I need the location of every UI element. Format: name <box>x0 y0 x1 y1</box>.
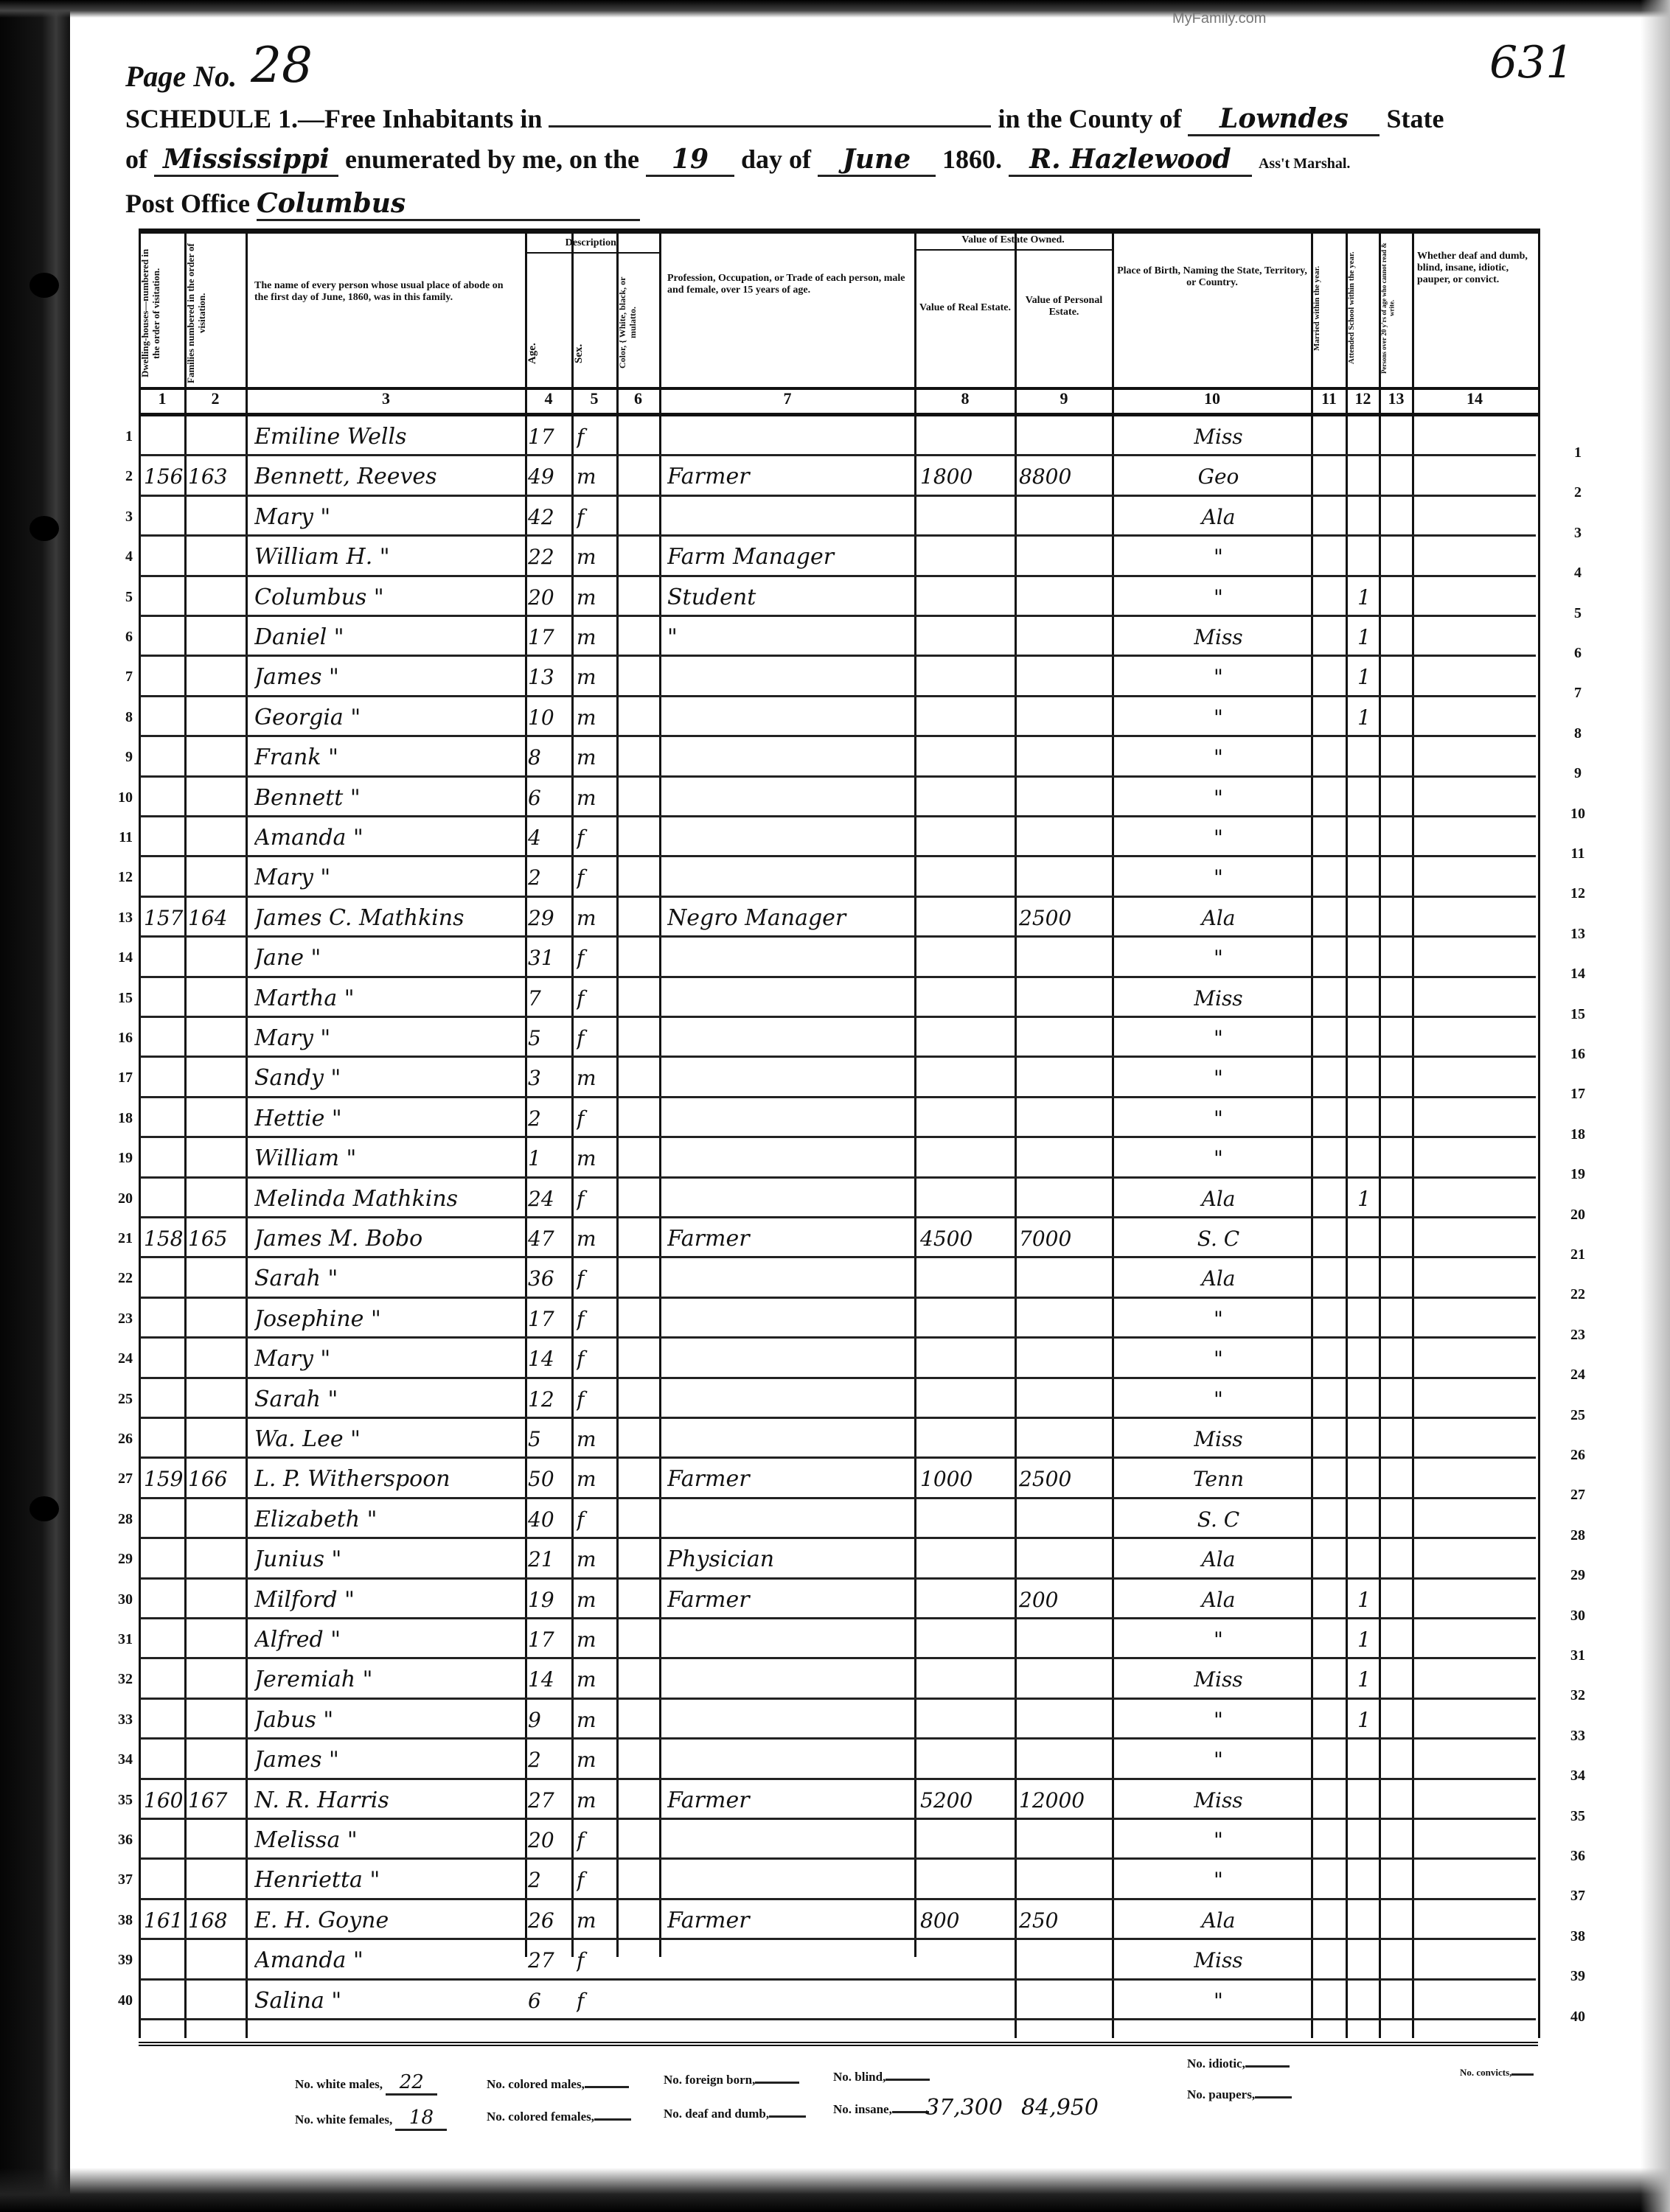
line-number-right: 40 <box>1563 2009 1593 2026</box>
age: 1 <box>528 1142 571 1175</box>
row-rule <box>140 1136 1536 1138</box>
row-rule <box>140 1537 1536 1539</box>
birthplace: " <box>1128 582 1309 614</box>
sex: f <box>577 1022 615 1055</box>
person-name: Jeremiah " <box>254 1664 523 1696</box>
row-rule <box>140 1016 1536 1018</box>
birthplace: " <box>1128 1384 1309 1416</box>
line-number-right: 14 <box>1563 966 1593 983</box>
county-field: Lowndes <box>1188 103 1380 136</box>
colnum: 1 <box>140 389 184 408</box>
sex: m <box>577 461 615 493</box>
age: 10 <box>528 702 571 734</box>
attended-school: 1 <box>1349 1624 1379 1656</box>
row-rule <box>140 615 1536 617</box>
row-rule <box>140 1898 1536 1900</box>
person-name: Bennett " <box>254 782 523 814</box>
colored-males-field: No. colored males, <box>487 2077 629 2092</box>
birthplace: Ala <box>1128 1543 1309 1576</box>
column-divider <box>1311 228 1313 2038</box>
age: 2 <box>528 862 571 894</box>
line-number-left: 10 <box>111 789 133 806</box>
dwelling-number: 160 <box>144 1784 184 1817</box>
line-number-left: 21 <box>111 1230 133 1247</box>
column-divider <box>1346 228 1348 2038</box>
birthplace: " <box>1128 742 1309 774</box>
occupation: Farmer <box>667 1584 911 1616</box>
deaf-dumb-label: No. deaf and dumb, <box>664 2107 769 2121</box>
row-rule <box>140 534 1536 537</box>
row-rule <box>140 1617 1536 1619</box>
age: 8 <box>528 742 571 774</box>
line-number-left: 38 <box>111 1912 133 1929</box>
age: 12 <box>528 1384 571 1416</box>
foreign-born-field: No. foreign born, <box>664 2073 799 2087</box>
person-name: Junius " <box>254 1543 523 1576</box>
row-rule <box>140 1256 1536 1258</box>
person-name: Sarah " <box>254 1263 523 1295</box>
post-office-field: Columbus <box>257 188 640 221</box>
paupers-label: No. paupers, <box>1187 2087 1255 2101</box>
occupation: Farmer <box>667 1463 911 1496</box>
convicts-field: No. convicts, <box>1460 2067 1534 2079</box>
sex: m <box>577 1223 615 1255</box>
row-rule <box>140 976 1536 978</box>
birthplace: Miss <box>1128 1944 1309 1977</box>
age: 40 <box>528 1504 571 1536</box>
col-real-estate-header: Value of Real Estate. <box>917 302 1013 314</box>
age: 27 <box>528 1784 571 1817</box>
post-office-line: Post Office Columbus <box>125 188 640 221</box>
age: 20 <box>528 1824 571 1857</box>
person-name: N. R. Harris <box>254 1784 523 1817</box>
line-number-right: 22 <box>1563 1286 1593 1303</box>
birthplace: " <box>1128 1022 1309 1055</box>
line-number-left: 24 <box>111 1350 133 1367</box>
person-name: Melinda Mathkins <box>254 1183 523 1215</box>
birthplace: " <box>1128 1103 1309 1135</box>
column-divider <box>246 228 248 2038</box>
real-estate-value: 1000 <box>920 1463 1015 1496</box>
col-occupation-header: Profession, Occupation, or Trade of each… <box>667 273 907 296</box>
row-rule <box>140 575 1536 577</box>
age: 27 <box>528 1944 571 1977</box>
line-number-left: 4 <box>111 548 133 565</box>
line-number-right: 28 <box>1563 1527 1593 1544</box>
line-number-right: 27 <box>1563 1487 1593 1504</box>
row-rule <box>140 1818 1536 1820</box>
white-females-field: No. white females, 18 <box>295 2107 447 2131</box>
line-number-right: 17 <box>1563 1086 1593 1103</box>
sex: f <box>577 421 615 453</box>
row-rule <box>140 1456 1536 1459</box>
line-number-right: 24 <box>1563 1367 1593 1384</box>
binding-hole <box>29 273 59 298</box>
scan-shadow-right <box>1641 0 1670 2212</box>
day-of-label: day of <box>741 144 811 174</box>
deaf-dumb-field: No. deaf and dumb, <box>664 2107 806 2121</box>
attended-school: 1 <box>1349 1704 1379 1737</box>
real-estate-total: 37,300 <box>925 2095 1003 2121</box>
person-name: Salina " <box>254 1985 523 2017</box>
sex: m <box>577 1744 615 1776</box>
row-rule <box>140 495 1536 497</box>
row-rule <box>140 855 1536 857</box>
day-field: 19 <box>646 144 734 177</box>
colnum-rule <box>139 413 1538 416</box>
age: 2 <box>528 1103 571 1135</box>
row-rule <box>140 1938 1536 1940</box>
colnum: 11 <box>1312 389 1346 408</box>
sex: m <box>577 661 615 694</box>
county-label: in the County of <box>998 104 1181 133</box>
binding-hole <box>29 1496 59 1521</box>
sex: m <box>577 742 615 774</box>
occupation: Negro Manager <box>667 902 911 935</box>
birthplace: Miss <box>1128 621 1309 654</box>
post-office-label: Post Office <box>125 189 250 218</box>
birthplace: " <box>1128 541 1309 573</box>
age: 9 <box>528 1704 571 1737</box>
birthplace: " <box>1128 1624 1309 1656</box>
colnum: 12 <box>1347 389 1379 408</box>
person-name: Amanda " <box>254 1944 523 1977</box>
blind-label: No. blind, <box>833 2070 886 2084</box>
person-name: Emiline Wells <box>254 421 523 453</box>
line-number-left: 17 <box>111 1070 133 1086</box>
birthplace: " <box>1128 661 1309 694</box>
sex: f <box>577 1864 615 1897</box>
footer-rule <box>139 2042 1538 2046</box>
person-name: Columbus " <box>254 582 523 614</box>
line-number-right: 29 <box>1563 1567 1593 1584</box>
personal-estate-total: 84,950 <box>1021 2095 1099 2121</box>
occupation: Farmer <box>667 1784 911 1817</box>
column-divider <box>1379 228 1381 2038</box>
line-number-right: 20 <box>1563 1207 1593 1224</box>
of-label: of <box>125 144 147 174</box>
person-name: Daniel " <box>254 621 523 654</box>
row-rule <box>140 1577 1536 1580</box>
person-name: Sandy " <box>254 1062 523 1095</box>
col-illiterate-header: Persons over 20 y'rs of age who cannot r… <box>1380 234 1411 382</box>
birthplace: Ala <box>1128 501 1309 534</box>
line-number-left: 1 <box>111 428 133 445</box>
person-name: Mary " <box>254 1343 523 1375</box>
year: 1860. <box>942 144 1002 174</box>
line-number-right: 7 <box>1563 685 1593 702</box>
line-number-left: 35 <box>111 1792 133 1809</box>
birthplace: " <box>1128 862 1309 894</box>
enumeration-line: of Mississippi enumerated by me, on the … <box>125 144 1350 177</box>
age: 47 <box>528 1223 571 1255</box>
line-number-right: 30 <box>1563 1608 1593 1625</box>
line-number-right: 32 <box>1563 1687 1593 1704</box>
sex: m <box>577 1584 615 1616</box>
colored-females-field: No. colored females, <box>487 2110 631 2124</box>
row-rule <box>140 1417 1536 1419</box>
line-number-right: 16 <box>1563 1046 1593 1063</box>
sex: m <box>577 541 615 573</box>
row-rule <box>140 1978 1536 1981</box>
line-number-left: 26 <box>111 1431 133 1448</box>
line-number-left: 19 <box>111 1150 133 1167</box>
age: 26 <box>528 1905 571 1937</box>
sex: m <box>577 902 615 935</box>
sex: f <box>577 1985 615 2017</box>
occupation: " <box>667 621 911 654</box>
sex: m <box>577 621 615 654</box>
colored-males-label: No. colored males, <box>487 2077 585 2091</box>
birthplace: " <box>1128 702 1309 734</box>
column-divider <box>1015 228 1017 2038</box>
line-number-left: 31 <box>111 1631 133 1648</box>
row-rule <box>140 1497 1536 1499</box>
page-number-label: Page No. <box>125 59 237 94</box>
attended-school: 1 <box>1349 1584 1379 1616</box>
age: 14 <box>528 1343 571 1375</box>
col-disability-header: Whether deaf and dumb, blind, insane, id… <box>1417 251 1531 286</box>
line-number-left: 22 <box>111 1270 133 1287</box>
insane-field: No. insane, <box>833 2102 929 2117</box>
colnum: 9 <box>1016 389 1112 408</box>
row-rule <box>140 1377 1536 1379</box>
occupation: Student <box>667 582 911 614</box>
line-number-left: 18 <box>111 1110 133 1127</box>
sex: f <box>577 1103 615 1135</box>
line-number-right: 39 <box>1563 1968 1593 1985</box>
line-number-left: 8 <box>111 709 133 726</box>
line-number-left: 13 <box>111 910 133 927</box>
sex: m <box>577 1664 615 1696</box>
colnum: 14 <box>1413 389 1536 408</box>
birthplace: S. C <box>1128 1223 1309 1255</box>
convicts-label: No. convicts, <box>1460 2067 1511 2078</box>
line-number-left: 5 <box>111 589 133 606</box>
colnum: 2 <box>186 389 245 408</box>
person-name: Mary " <box>254 501 523 534</box>
person-name: Milford " <box>254 1584 523 1616</box>
birthplace: " <box>1128 822 1309 854</box>
idiotic-field: No. idiotic, <box>1187 2056 1290 2071</box>
sex: f <box>577 983 615 1015</box>
watermark: MyFamily.com <box>1172 10 1266 27</box>
month-field: June <box>818 144 936 177</box>
state-field: Mississippi <box>154 144 338 177</box>
line-number-left: 11 <box>111 829 133 846</box>
line-number-right: 33 <box>1563 1728 1593 1745</box>
age: 21 <box>528 1543 571 1576</box>
line-number-right: 13 <box>1563 926 1593 943</box>
line-number-right: 26 <box>1563 1447 1593 1464</box>
dwelling-number: 157 <box>144 902 184 935</box>
person-name: Elizabeth " <box>254 1504 523 1536</box>
line-number-right: 36 <box>1563 1848 1593 1865</box>
birthplace: Miss <box>1128 1784 1309 1817</box>
row-rule <box>140 1778 1536 1780</box>
line-number-left: 30 <box>111 1591 133 1608</box>
age: 50 <box>528 1463 571 1496</box>
table-top-rule <box>139 228 1538 234</box>
person-name: E. H. Goyne <box>254 1905 523 1937</box>
person-name: Martha " <box>254 983 523 1015</box>
person-name: Amanda " <box>254 822 523 854</box>
age: 2 <box>528 1864 571 1897</box>
family-number: 164 <box>188 902 246 935</box>
personal-estate-value: 250 <box>1019 1905 1110 1937</box>
blind-field: No. blind, <box>833 2070 930 2084</box>
scan-shadow-top <box>0 0 1670 18</box>
colnum: 6 <box>618 389 658 408</box>
line-number-right: 37 <box>1563 1888 1593 1905</box>
birthplace: " <box>1128 1985 1309 2017</box>
personal-estate-value: 200 <box>1019 1584 1110 1616</box>
line-number-right: 6 <box>1563 645 1593 662</box>
age: 31 <box>528 942 571 974</box>
attended-school: 1 <box>1349 621 1379 654</box>
age: 6 <box>528 1985 571 2017</box>
col-personal-estate-header: Value of Personal Estate. <box>1017 295 1110 318</box>
attended-school: 1 <box>1349 582 1379 614</box>
age: 14 <box>528 1664 571 1696</box>
line-number-right: 18 <box>1563 1126 1593 1143</box>
person-name: James C. Mathkins <box>254 902 523 935</box>
line-number-left: 28 <box>111 1511 133 1528</box>
line-number-left: 9 <box>111 749 133 766</box>
col-sex-header: Sex. <box>573 324 616 383</box>
white-females-value: 18 <box>395 2107 447 2131</box>
line-number-left: 25 <box>111 1391 133 1408</box>
paupers-field: No. paupers, <box>1187 2087 1292 2102</box>
age: 3 <box>528 1062 571 1095</box>
sex: f <box>577 1343 615 1375</box>
colnum: 3 <box>247 389 525 408</box>
dwelling-number: 156 <box>144 461 184 493</box>
dwelling-number: 159 <box>144 1463 184 1496</box>
colnum: 5 <box>573 389 616 408</box>
age: 20 <box>528 582 571 614</box>
line-number-left: 2 <box>111 468 133 485</box>
line-number-right: 4 <box>1563 565 1593 582</box>
person-name: Mary " <box>254 862 523 894</box>
birthplace: Geo <box>1128 461 1309 493</box>
row-rule <box>140 695 1536 697</box>
line-number-left: 29 <box>111 1551 133 1568</box>
person-name: L. P. Witherspoon <box>254 1463 523 1496</box>
real-estate-value: 4500 <box>920 1223 1015 1255</box>
sex: f <box>577 1183 615 1215</box>
person-name: Sarah " <box>254 1384 523 1416</box>
person-name: Alfred " <box>254 1624 523 1656</box>
sex: m <box>577 1624 615 1656</box>
row-rule <box>140 1698 1536 1700</box>
personal-estate-value: 12000 <box>1019 1784 1110 1817</box>
folio-stamp: 631 <box>1489 37 1574 88</box>
occupation: Farmer <box>667 461 911 493</box>
real-estate-value: 1800 <box>920 461 1015 493</box>
age: 7 <box>528 983 571 1015</box>
sex: m <box>577 1062 615 1095</box>
row-rule <box>140 1336 1536 1339</box>
age: 17 <box>528 621 571 654</box>
sex: f <box>577 942 615 974</box>
row-rule <box>140 1176 1536 1179</box>
birthplace: Miss <box>1128 1423 1309 1456</box>
white-males-field: No. white males, 22 <box>295 2071 437 2096</box>
line-number-left: 3 <box>111 509 133 526</box>
birthplace: " <box>1128 1303 1309 1336</box>
row-rule <box>140 1857 1536 1860</box>
occupation: Farm Manager <box>667 541 911 573</box>
birthplace: S. C <box>1128 1504 1309 1536</box>
line-number-right: 11 <box>1563 845 1593 862</box>
birthplace: " <box>1128 942 1309 974</box>
family-number: 166 <box>188 1463 246 1496</box>
age: 2 <box>528 1744 571 1776</box>
person-name: Frank " <box>254 742 523 774</box>
column-divider <box>184 228 187 2038</box>
sex: f <box>577 822 615 854</box>
real-estate-value: 5200 <box>920 1784 1015 1817</box>
schedule-title: SCHEDULE 1.—Free Inhabitants in <box>125 104 542 133</box>
scan-shadow-bottom <box>0 2168 1670 2212</box>
person-name: Henrietta " <box>254 1864 523 1897</box>
birthplace: " <box>1128 1062 1309 1095</box>
colnum: 10 <box>1113 389 1311 408</box>
birthplace: Ala <box>1128 1183 1309 1215</box>
row-rule <box>140 1056 1536 1058</box>
sex: f <box>577 501 615 534</box>
occupation: Farmer <box>667 1223 911 1255</box>
birthplace: Ala <box>1128 1905 1309 1937</box>
row-rule <box>140 735 1536 737</box>
line-number-right: 25 <box>1563 1407 1593 1424</box>
estate-group-header: Value of Estate Owned. <box>914 234 1112 251</box>
sex: m <box>577 1784 615 1817</box>
col-school-header: Attended School within the year. <box>1347 234 1378 382</box>
person-name: Jabus " <box>254 1704 523 1737</box>
attended-school: 1 <box>1349 661 1379 694</box>
line-number-left: 40 <box>111 1992 133 2009</box>
white-males-label: No. white males, <box>295 2077 383 2091</box>
line-number-left: 7 <box>111 669 133 685</box>
enumerated-label: enumerated by me, on the <box>345 144 639 174</box>
colnum: 4 <box>526 389 571 408</box>
line-number-right: 1 <box>1563 444 1593 461</box>
person-name: Jane " <box>254 942 523 974</box>
attended-school: 1 <box>1349 1183 1379 1215</box>
age: 24 <box>528 1183 571 1215</box>
col-name-header: The name of every person whose usual pla… <box>254 280 516 304</box>
description-group-header: Description. <box>525 237 659 254</box>
age: 6 <box>528 782 571 814</box>
page-binding-edge <box>0 0 70 2212</box>
line-number-left: 37 <box>111 1871 133 1888</box>
birthplace: " <box>1128 1864 1309 1897</box>
colnum: 7 <box>661 389 914 408</box>
line-number-right: 23 <box>1563 1327 1593 1344</box>
family-number: 168 <box>188 1905 246 1937</box>
real-estate-value: 800 <box>920 1905 1015 1937</box>
person-name: William H. " <box>254 541 523 573</box>
age: 5 <box>528 1423 571 1456</box>
line-number-left: 39 <box>111 1952 133 1969</box>
colnum: 8 <box>916 389 1015 408</box>
sex: m <box>577 582 615 614</box>
attended-school: 1 <box>1349 1664 1379 1696</box>
birthplace: Tenn <box>1128 1463 1309 1496</box>
age: 17 <box>528 1303 571 1336</box>
